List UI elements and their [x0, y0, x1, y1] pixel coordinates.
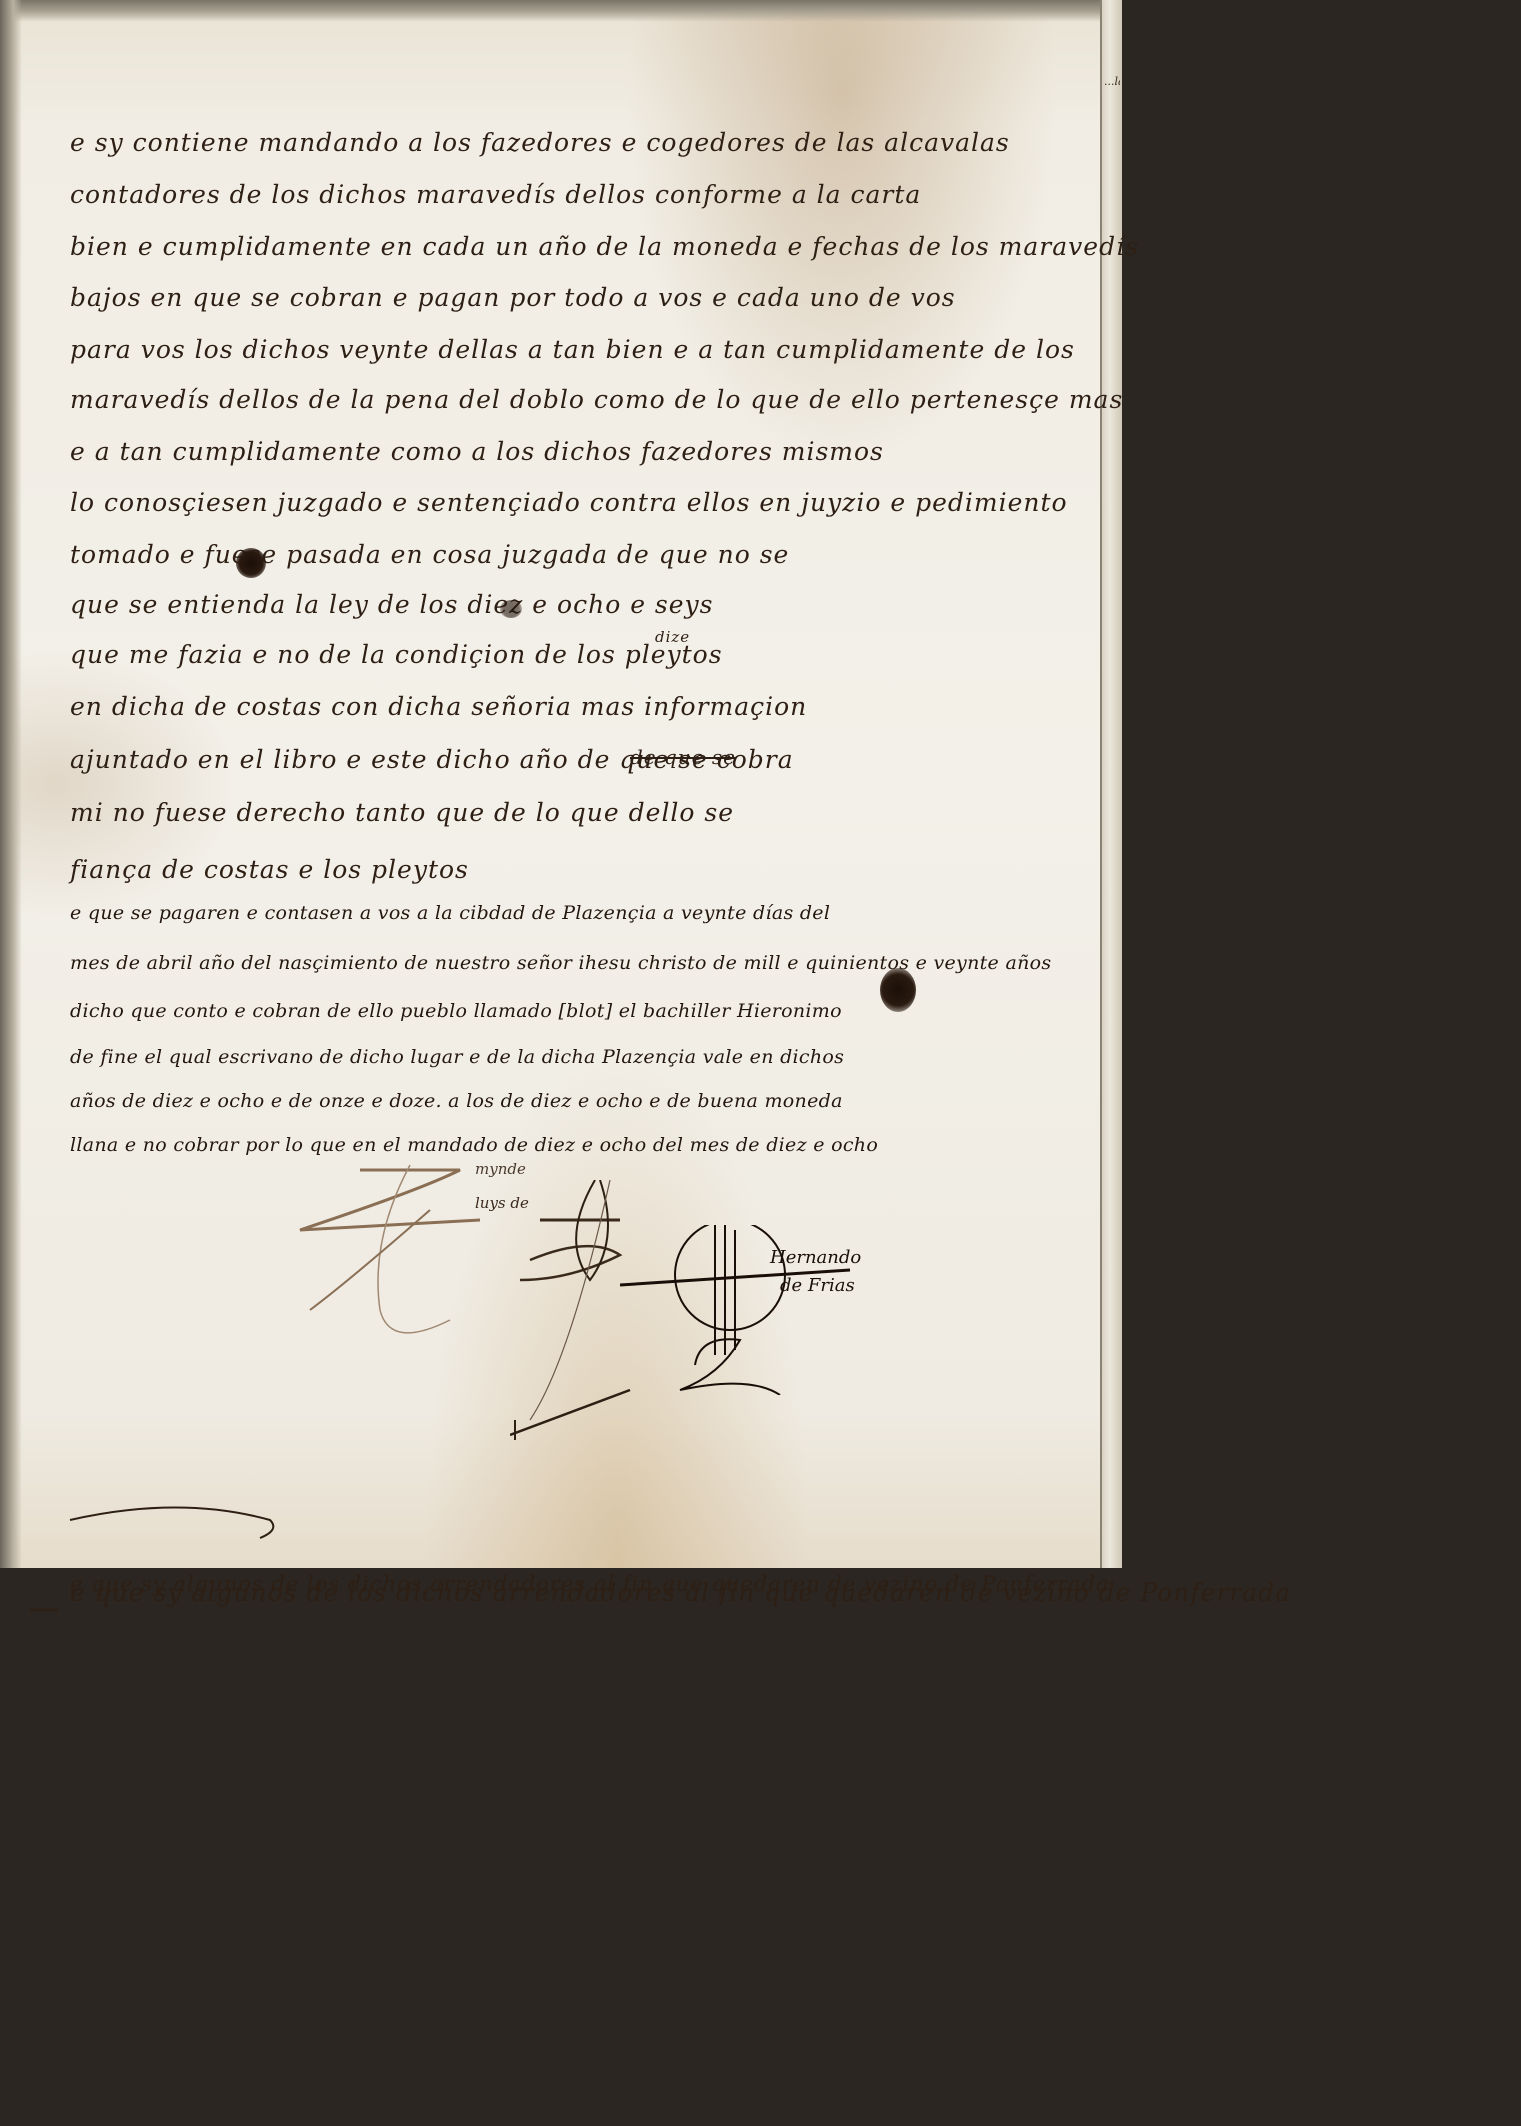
text-line: de fine el qual escrivano de dicho lugar…: [70, 1046, 844, 1068]
text-line: mi no fuese derecho tanto que de lo que …: [70, 798, 734, 827]
facing-page-text: ...la ...le ...dolla ...doy ...do ...de …: [1104, 60, 1120, 104]
text-line: fiança de costas e los pleytos: [70, 855, 469, 884]
text-line: maravedís dellos de la pena del doblo co…: [70, 385, 1122, 414]
text-line: que se entienda la ley de los diez e och…: [70, 590, 714, 619]
text-line: años de diez e ocho e de onze e doze. a …: [70, 1090, 843, 1112]
text-line: mes de abril año del nasçimiento de nues…: [70, 952, 1051, 974]
text-line: e sy contiene mandando a los fazedores e…: [70, 128, 1010, 157]
text-line: e que se pagaren e contasen a vos a la c…: [70, 902, 830, 924]
signature-1-name: mynde: [475, 1160, 526, 1178]
interlinear-note: dize: [655, 628, 690, 646]
text-line: tomado e fuese pasada en cosa juzgada de…: [70, 540, 789, 569]
text-line: contadores de los dichos maravedís dello…: [70, 180, 921, 209]
text-line: e a tan cumplidamente como a los dichos …: [70, 437, 884, 466]
text-line: llana e no cobrar por lo que en el manda…: [70, 1134, 878, 1156]
signature-3: Hernando de Frias: [620, 1225, 940, 1395]
text-line: para vos los dichos veynte dellas a tan …: [70, 335, 1075, 364]
ink-blot: [880, 968, 916, 1012]
signature-3-name: Hernando: [770, 1247, 861, 1268]
ink-blot: [236, 548, 266, 578]
text-line: que me fazia e no de la condiçion de los…: [70, 640, 723, 669]
page-left-edge: [0, 0, 22, 1568]
page-top-edge: [0, 0, 1122, 22]
section-divider-flourish-icon: [60, 1500, 300, 1540]
text-line: lo conosçiesen juzgado e sentençiado con…: [70, 488, 1068, 517]
text-line: bien e cumplidamente en cada un año de l…: [70, 232, 1122, 261]
text-line: en dicha de costas con dicha señoria mas…: [70, 692, 807, 721]
ink-blot: [500, 600, 522, 618]
text-line: bajos en que se cobran e pagan por todo …: [70, 283, 956, 312]
struck-text: de que se: [630, 745, 736, 769]
text-line: dicho que conto e cobran de ello pueblo …: [70, 1000, 842, 1022]
manuscript-page: ...la ...le ...dolla ...doy ...do ...de …: [0, 0, 1122, 1568]
signature-3-subline: de Frias: [780, 1275, 855, 1296]
